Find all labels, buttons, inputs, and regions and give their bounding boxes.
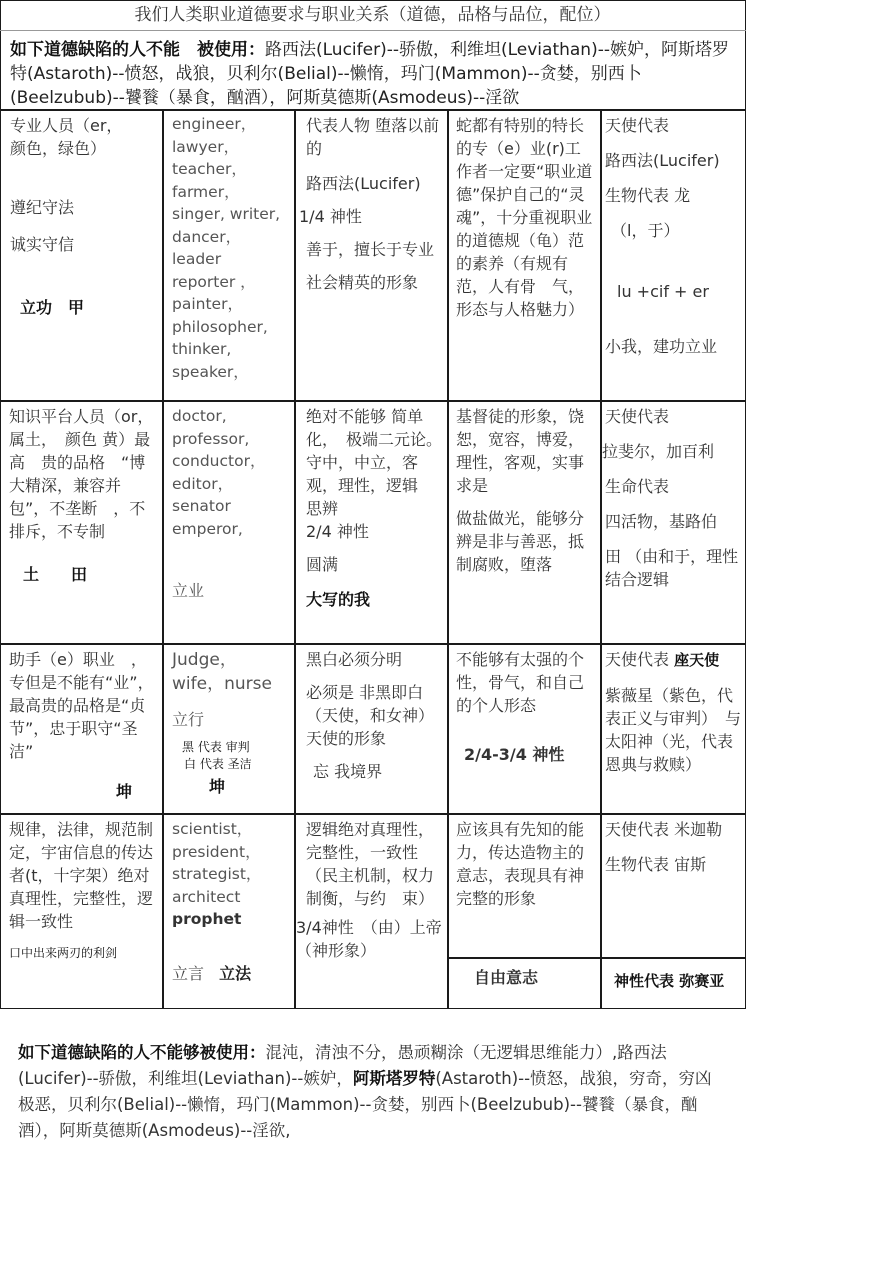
cell-text: 黑白必须分明 <box>306 648 446 671</box>
job-item: scientist， <box>172 818 292 841</box>
cell-text: 圆满 <box>306 553 446 576</box>
job-item: reporter ， <box>172 271 292 294</box>
cell-text: 天使代表 <box>605 405 743 428</box>
job-item: painter， <box>172 293 292 316</box>
page-title: 我们人类职业道德要求与职业关系（道德，品格与品位，配位） <box>0 0 745 30</box>
cell-text-bold: 座天使 <box>674 651 719 669</box>
row1-col1-value: 遵纪守法 <box>10 196 158 219</box>
row-divider <box>447 957 746 959</box>
cell-text: 路西法(Lucifer) <box>605 149 743 172</box>
job-item: architect <box>172 886 292 909</box>
job-item: speaker， <box>172 361 292 384</box>
cell-text: 立法 <box>219 964 251 983</box>
row3-col2-footer: 坤 <box>172 775 292 798</box>
job-item: philosopher, <box>172 316 292 339</box>
cell-text: （l，于） <box>605 219 743 242</box>
row4-col1: 规律，法律，规范制定，宇宙信息的传达者(t，十字架）绝对真理性，完整性，逻辑一致… <box>9 818 159 962</box>
job-item: emperor, <box>172 518 292 541</box>
row-divider <box>0 109 746 111</box>
job-item: wife，nurse <box>172 672 292 696</box>
cell-text: 生物代表 龙 <box>605 184 743 207</box>
job-item: doctor, <box>172 405 292 428</box>
job-item: engineer， <box>172 113 292 136</box>
row2-col3: 绝对不能够 简单化， 极端二元论。守中，中立，客观，理性，逻辑 思辨 2/4 神… <box>306 405 446 611</box>
row1-col2-jobs: engineer， lawyer， teacher， farmer， singe… <box>172 113 292 383</box>
job-item: Judge， <box>172 648 292 672</box>
row4-col4: 应该具有先知的能力，传达造物主的意志，表现具有神 完整的形象 <box>456 818 596 910</box>
row2-col1-footer: 土 田 <box>9 563 161 586</box>
job-item: senator <box>172 495 292 518</box>
row3-col5-head: 天使代表 座天使 <box>605 648 743 672</box>
row3-col4-footer: 2/4-3/4 神性 <box>456 743 596 766</box>
cell-text: 田 （由和于，理性 结合逻辑 <box>605 545 743 591</box>
row3-col2-label: 立行 <box>172 708 292 731</box>
cell-text: 绝对不能够 简单化， 极端二元论。守中，中立，客观，理性，逻辑 思辨 <box>306 405 446 520</box>
row4-col5: 天使代表 米迦勒 生物代表 宙斯 <box>605 818 743 876</box>
col-divider <box>162 109 164 1009</box>
row1-col4: 蛇都有特别的特长的专（e）业(r)工作者一定要“职业道德”保护自己的“灵魂”，十… <box>456 114 594 321</box>
row4-col3-footer: 3/4神性 （由）上帝（神形象） <box>296 916 446 962</box>
cell-text: 逻辑绝对真理性，完整性，一致性（民主机制，权力制衡，与约 束） <box>306 818 446 910</box>
row2-col2-footer: 立业 <box>172 580 292 603</box>
intro-paragraph: 如下道德缺陷的人不能 被使用：路西法(Lucifer)--骄傲，利维坦(Levi… <box>10 38 740 110</box>
cell-text: 生命代表 <box>605 475 743 498</box>
row2-col4: 基督徒的形象，饶恕，宽容，博爱，理性，客观，实事求是 做盐做光，能够分辨是非与善… <box>456 405 596 576</box>
job-item: singer, writer, <box>172 203 292 226</box>
row3-col2-note: 白 代表 圣洁 <box>172 756 292 773</box>
row4-col3: 逻辑绝对真理性，完整性，一致性（民主机制，权力制衡，与约 束） 3/4神性 （由… <box>306 818 446 962</box>
job-item: farmer， <box>172 181 292 204</box>
row1-col3: 代表人物 堕落以前的 路西法(Lucifer) 1/4 神性 善于，擅长于专业 … <box>306 114 444 294</box>
cell-text: lu +cif + er <box>605 280 743 303</box>
row3-col4: 不能够有太强的个性，骨气，和自己的个人形态 2/4-3/4 神性 <box>456 648 596 766</box>
job-item: prophet <box>172 908 292 931</box>
row3-col1-footer: 坤 <box>116 780 132 803</box>
job-item: editor， <box>172 473 292 496</box>
cell-text: 生物代表 宙斯 <box>605 853 743 876</box>
row-divider <box>0 400 746 402</box>
cell-text: 社会精英的形象 <box>306 271 444 294</box>
cell-text: 1/4 神性 <box>299 205 444 228</box>
col-divider <box>294 109 296 1009</box>
footer-bold-name: 阿斯塔罗特 <box>353 1069 436 1088</box>
cell-text: 路西法(Lucifer) <box>306 172 444 195</box>
row4-col2-footer: 立言 立法 <box>172 963 292 986</box>
cell-text: 规律，法律，规范制定，宇宙信息的传达者(t，十字架）绝对真理性，完整性，逻辑一致… <box>9 818 159 933</box>
cell-text: 忘 我境界 <box>306 760 446 783</box>
row2-col2-jobs: doctor, professor, conductor， editor， se… <box>172 405 292 603</box>
job-item: teacher， <box>172 158 292 181</box>
cell-text: 助手（e）职业 ，专但是不能有“业”，最高贵的品格是“贞节”，忠于职守“圣洁” <box>9 648 159 763</box>
cell-text: 立言 <box>172 964 204 983</box>
row1-col1-line: 颜色，绿色） <box>10 137 158 160</box>
job-item: professor, <box>172 428 292 451</box>
cell-text: 拉斐尔，加百利 <box>602 440 743 463</box>
row4-col2: scientist， president， strategist， archit… <box>172 818 292 985</box>
row4-col4-footer: 自由意志 <box>474 966 538 989</box>
job-item: president， <box>172 841 292 864</box>
cell-text: 代表人物 堕落以前的 <box>306 114 444 160</box>
row1-col1-value: 诚实守信 <box>10 233 158 256</box>
row3-col3: 黑白必须分明 必须是 非黑即白（天使，和女神）天使的形象 忘 我境界 <box>306 648 446 783</box>
row1-col1-footer: 立功 甲 <box>10 296 158 319</box>
cell-text: 小我，建功立业 <box>605 335 743 358</box>
cell-text: 不能够有太强的个性，骨气，和自己的个人形态 <box>456 648 596 717</box>
col-divider <box>447 109 449 1009</box>
row-divider <box>0 813 746 815</box>
cell-text: 做盐做光，能够分辨是非与善恶，抵制腐败，堕落 <box>456 507 596 576</box>
cell-text: 必须是 非黑即白（天使，和女神）天使的形象 <box>306 681 446 750</box>
col-divider <box>600 109 602 1009</box>
footer-lead: 如下道德缺陷的人不能够被使用： <box>18 1043 266 1062</box>
job-item: leader <box>172 248 292 271</box>
cell-text: 四活物，基路伯 <box>605 510 743 533</box>
footer-paragraph: 如下道德缺陷的人不能够被使用：混沌，清浊不分，愚顽糊涂（无逻辑思维能力）,路西法… <box>18 1040 728 1144</box>
cell-text: 天使代表 米迦勒 <box>605 818 743 841</box>
cell-text: 善于，擅长于专业 <box>306 238 444 261</box>
job-item: dancer， <box>172 226 292 249</box>
row3-col1: 助手（e）职业 ，专但是不能有“业”，最高贵的品格是“贞节”，忠于职守“圣洁” … <box>9 648 159 763</box>
divider <box>0 30 746 31</box>
cell-text: 2/4 神性 <box>306 520 446 543</box>
cell-text: 基督徒的形象，饶恕，宽容，博爱，理性，客观，实事求是 <box>456 405 596 497</box>
cell-text: 天使代表 <box>605 114 743 137</box>
row3-col2: Judge， wife，nurse 立行 黑 代表 审判 白 代表 圣洁 坤 <box>172 648 292 798</box>
row4-col1-footer: 口中出来两刃的利剑 <box>9 945 159 962</box>
job-item: strategist， <box>172 863 292 886</box>
row1-col1: 专业人员（er， 颜色，绿色） 遵纪守法 诚实守信 立功 甲 <box>10 114 158 319</box>
row2-col1: 知识平台人员（or，属土， 颜色 黄）最高 贵的品格 “博大精深，兼容并包”，不… <box>9 405 161 586</box>
row3-col5: 天使代表 座天使 紫薇星（紫色，代表正义与审判） 与太阳神（光，代表恩典与救赎） <box>605 648 743 776</box>
cell-text: 知识平台人员（or，属土， 颜色 黄）最高 贵的品格 “博大精深，兼容并包”，不… <box>9 405 161 543</box>
intro-lead: 如下道德缺陷的人不能 被使用： <box>10 40 265 60</box>
job-item: lawyer， <box>172 136 292 159</box>
row-divider <box>0 643 746 645</box>
cell-text: 紫薇星（紫色，代表正义与审判） 与太阳神（光，代表恩典与救赎） <box>605 684 743 776</box>
cell-text: 天使代表 <box>605 650 669 669</box>
row1-col5: 天使代表 路西法(Lucifer) 生物代表 龙 （l，于） lu +cif +… <box>605 114 743 358</box>
row4-col5-footer: 神性代表 弥赛亚 <box>614 970 724 993</box>
row1-col1-line: 专业人员（er， <box>10 114 158 137</box>
row2-col5: 天使代表 拉斐尔，加百利 生命代表 四活物，基路伯 田 （由和于，理性 结合逻辑 <box>605 405 743 591</box>
cell-text: 大写的我 <box>306 588 446 611</box>
job-item: conductor， <box>172 450 292 473</box>
row3-col2-note: 黑 代表 审判 <box>172 739 292 756</box>
job-item: thinker, <box>172 338 292 361</box>
